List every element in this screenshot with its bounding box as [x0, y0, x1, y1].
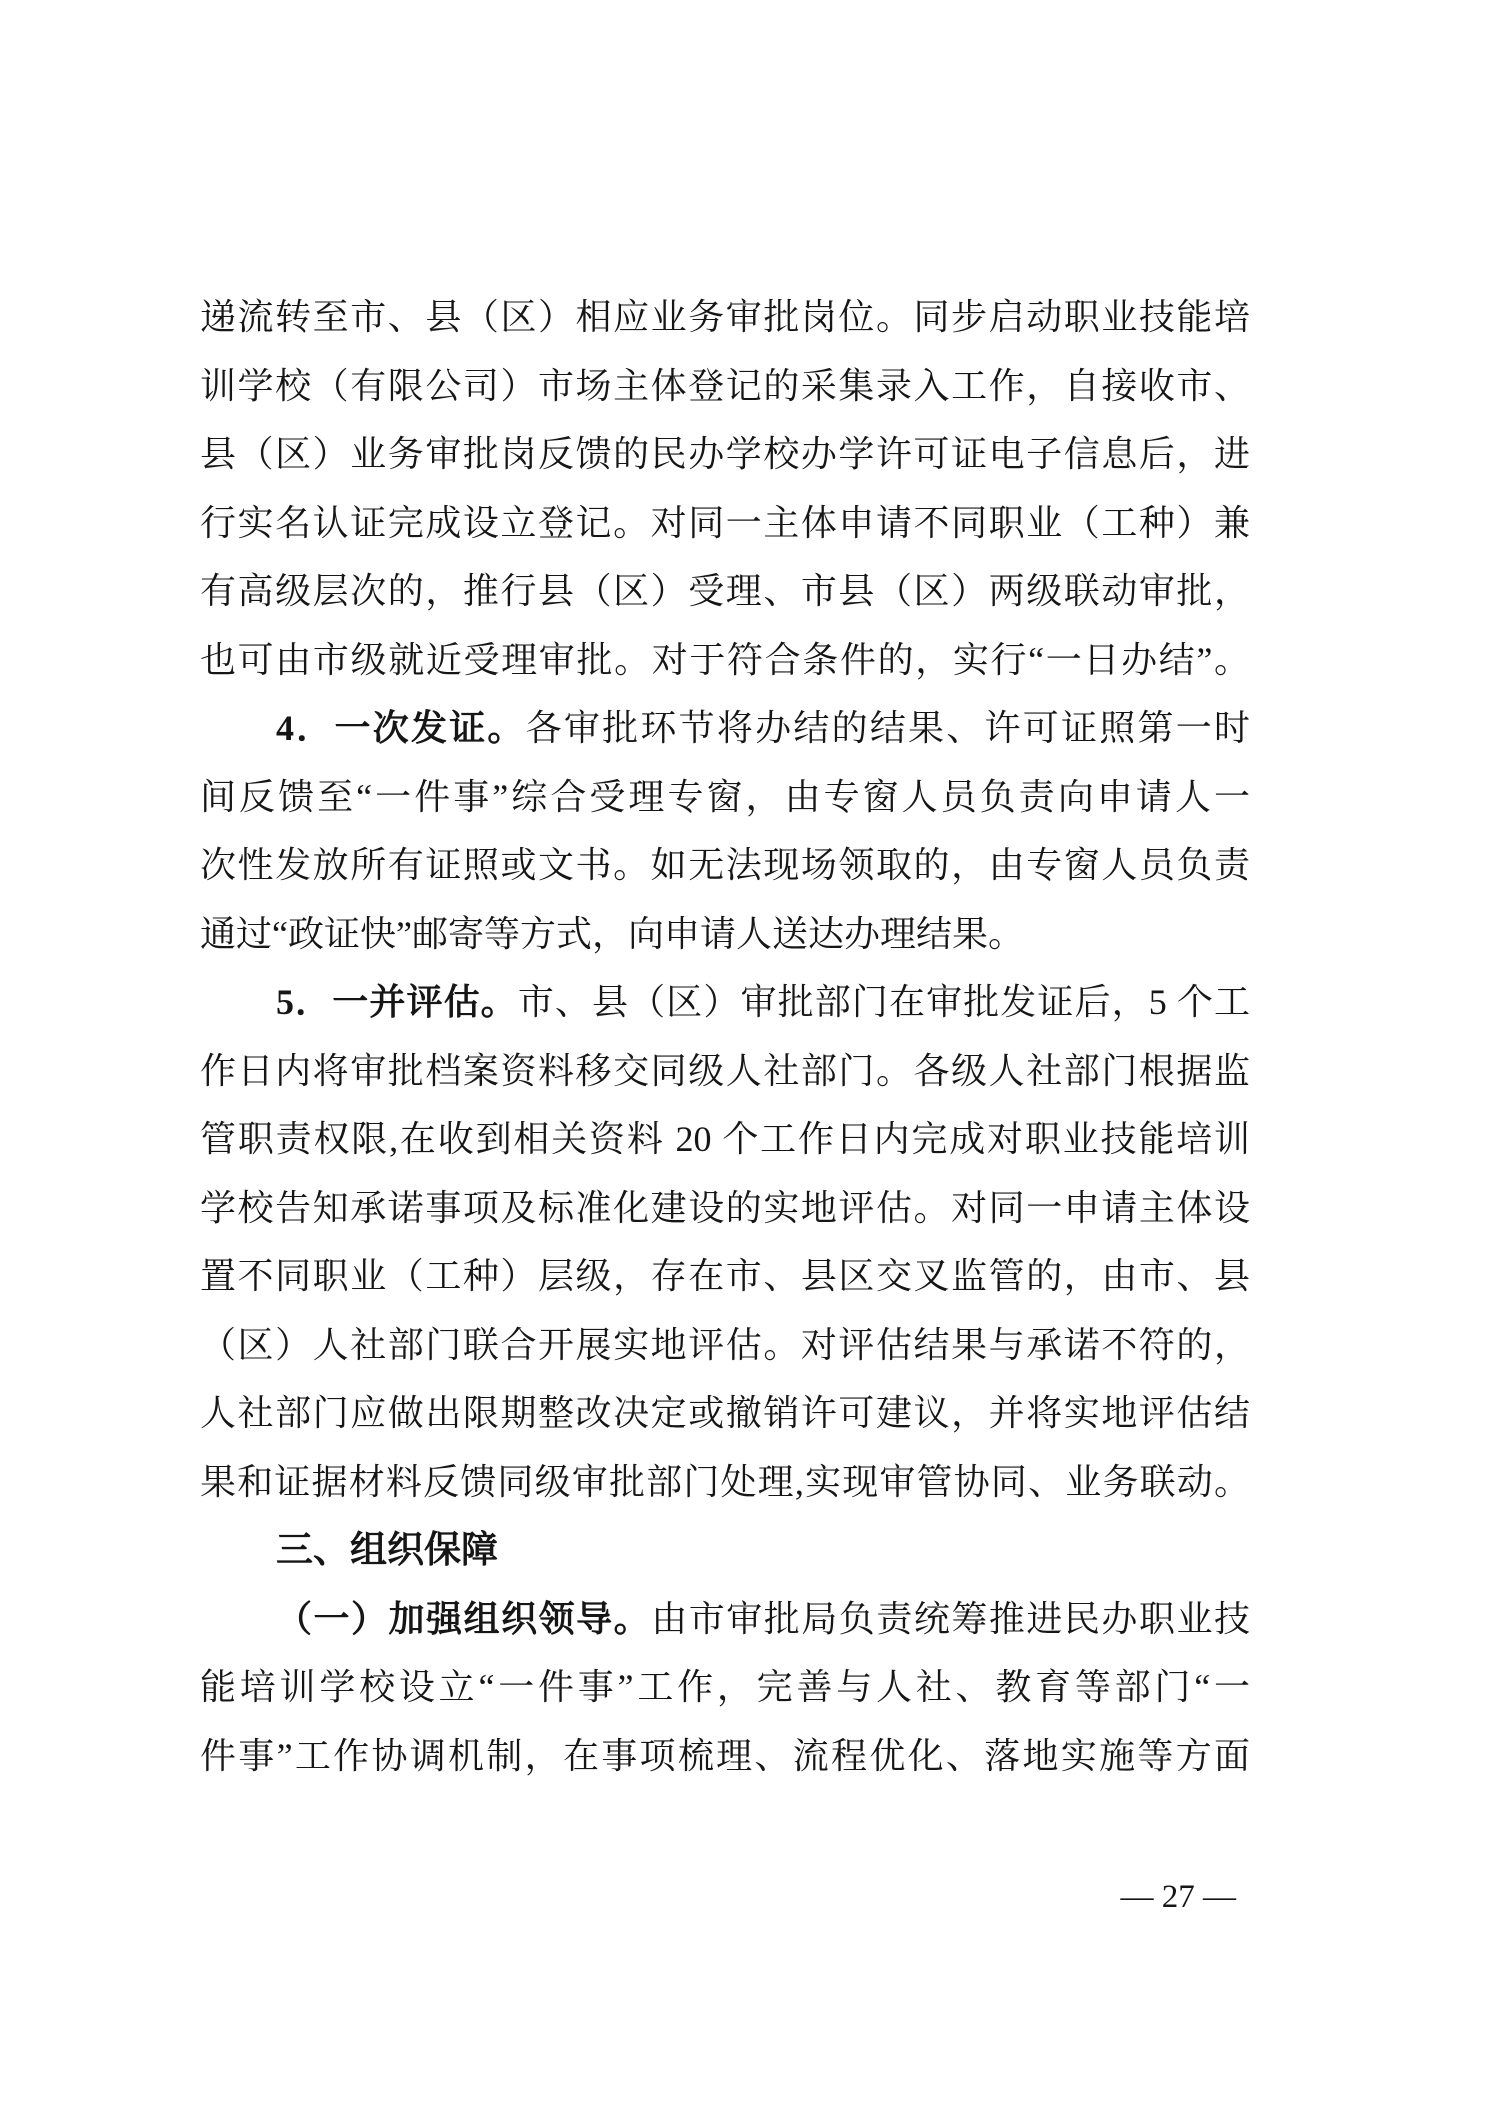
paragraph-lead: 5．一并评估。 [276, 982, 518, 1022]
body-line: 人社部门应做出限期整改决定或撤销许可建议，并将实地评估结 [200, 1379, 1250, 1448]
body-line-text: 次性发放所有证照或文书。如无法现场领取的，由专窗人员负责 [200, 845, 1250, 885]
body-line: （区）人社部门联合开展实地评估。对评估结果与承诺不符的， [200, 1311, 1250, 1380]
body-line-text: 行实名认证完成设立登记。对同一主体申请不同职业（工种）兼 [200, 503, 1250, 543]
body-line-text: 县（区）业务审批岗反馈的民办学校办学许可证电子信息后，进 [200, 434, 1250, 474]
body-line: 通过“政证快”邮寄等方式，向申请人送达办理结果。 [200, 900, 1250, 969]
body-line: 行实名认证完成设立登记。对同一主体申请不同职业（工种）兼 [200, 489, 1250, 558]
body-line-text: 通过“政证快”邮寄等方式，向申请人送达办理结果。 [200, 914, 1024, 954]
body-line: 次性发放所有证照或文书。如无法现场领取的，由专窗人员负责 [200, 831, 1250, 900]
text-block: 递流转至市、县（区）相应业务审批岗位。同步启动职业技能培 训学校（有限公司）市场… [200, 283, 1250, 1790]
body-line-text: 各审批环节将办结的结果、许可证照第一时 [526, 708, 1250, 748]
body-line-text: 管职责权限,在收到相关资料 20 个工作日内完成对职业技能培训 [200, 1119, 1250, 1159]
body-line: 5．一并评估。市、县（区）审批部门在审批发证后，5 个工 [200, 968, 1250, 1037]
body-line: 能培训学校设立“一件事”工作，完善与人社、教育等部门“一 [200, 1653, 1250, 1722]
document-page: 递流转至市、县（区）相应业务审批岗位。同步启动职业技能培 训学校（有限公司）市场… [0, 0, 1488, 2105]
body-line: 管职责权限,在收到相关资料 20 个工作日内完成对职业技能培训 [200, 1105, 1250, 1174]
section-heading: 三、组织保障 [200, 1516, 1250, 1585]
body-line: 果和证据材料反馈同级审批部门处理,实现审管协同、业务联动。 [200, 1448, 1250, 1517]
body-line-text: 由市审批局负责统筹推进民办职业技 [651, 1599, 1250, 1639]
body-line-text: 人社部门应做出限期整改决定或撤销许可建议，并将实地评估结 [200, 1393, 1250, 1433]
body-line-text: 置不同职业（工种）层级，存在市、县区交叉监管的，由市、县 [200, 1256, 1250, 1296]
page-number: — 27 — [0, 1872, 1488, 1922]
body-line: 间反馈至“一件事”综合受理专窗，由专窗人员负责向申请人一 [200, 763, 1250, 832]
body-line: 也可由市级就近受理审批。对于符合条件的，实行“一日办结”。 [200, 626, 1250, 695]
body-line: 件事”工作协调机制，在事项梳理、流程优化、落地实施等方面 [200, 1722, 1250, 1791]
body-line: 4．一次发证。各审批环节将办结的结果、许可证照第一时 [200, 694, 1250, 763]
body-line-text: 果和证据材料反馈同级审批部门处理,实现审管协同、业务联动。 [200, 1462, 1250, 1502]
body-line-text: 件事”工作协调机制，在事项梳理、流程优化、落地实施等方面 [200, 1736, 1250, 1776]
body-line-text: （区）人社部门联合开展实地评估。对评估结果与承诺不符的， [200, 1325, 1250, 1365]
paragraph-lead: 4．一次发证。 [276, 708, 526, 748]
body-line-text: 也可由市级就近受理审批。对于符合条件的，实行“一日办结”。 [200, 640, 1250, 680]
body-line: 县（区）业务审批岗反馈的民办学校办学许可证电子信息后，进 [200, 420, 1250, 489]
body-line-text: 训学校（有限公司）市场主体登记的采集录入工作，自接收市、 [200, 366, 1250, 406]
body-line: 置不同职业（工种）层级，存在市、县区交叉监管的，由市、县 [200, 1242, 1250, 1311]
body-line-text: 有高级层次的，推行县（区）受理、市县（区）两级联动审批， [200, 571, 1250, 611]
body-line-text: 能培训学校设立“一件事”工作，完善与人社、教育等部门“一 [200, 1667, 1250, 1707]
body-line-text: 作日内将审批档案资料移交同级人社部门。各级人社部门根据监 [200, 1051, 1250, 1091]
body-line: 递流转至市、县（区）相应业务审批岗位。同步启动职业技能培 [200, 283, 1250, 352]
body-line-text: 递流转至市、县（区）相应业务审批岗位。同步启动职业技能培 [200, 297, 1250, 337]
body-line: （一）加强组织领导。由市审批局负责统筹推进民办职业技 [200, 1585, 1250, 1654]
section-heading-text: 三、组织保障 [276, 1529, 498, 1570]
body-line-text: 市、县（区）审批部门在审批发证后，5 个工 [518, 982, 1250, 1022]
body-line: 训学校（有限公司）市场主体登记的采集录入工作，自接收市、 [200, 352, 1250, 421]
body-line: 学校告知承诺事项及标准化建设的实地评估。对同一申请主体设 [200, 1174, 1250, 1243]
body-line-text: 学校告知承诺事项及标准化建设的实地评估。对同一申请主体设 [200, 1188, 1250, 1228]
paragraph-lead: （一）加强组织领导。 [276, 1599, 651, 1639]
body-line-text: 间反馈至“一件事”综合受理专窗，由专窗人员负责向申请人一 [200, 777, 1250, 817]
body-line: 有高级层次的，推行县（区）受理、市县（区）两级联动审批， [200, 557, 1250, 626]
body-line: 作日内将审批档案资料移交同级人社部门。各级人社部门根据监 [200, 1037, 1250, 1106]
